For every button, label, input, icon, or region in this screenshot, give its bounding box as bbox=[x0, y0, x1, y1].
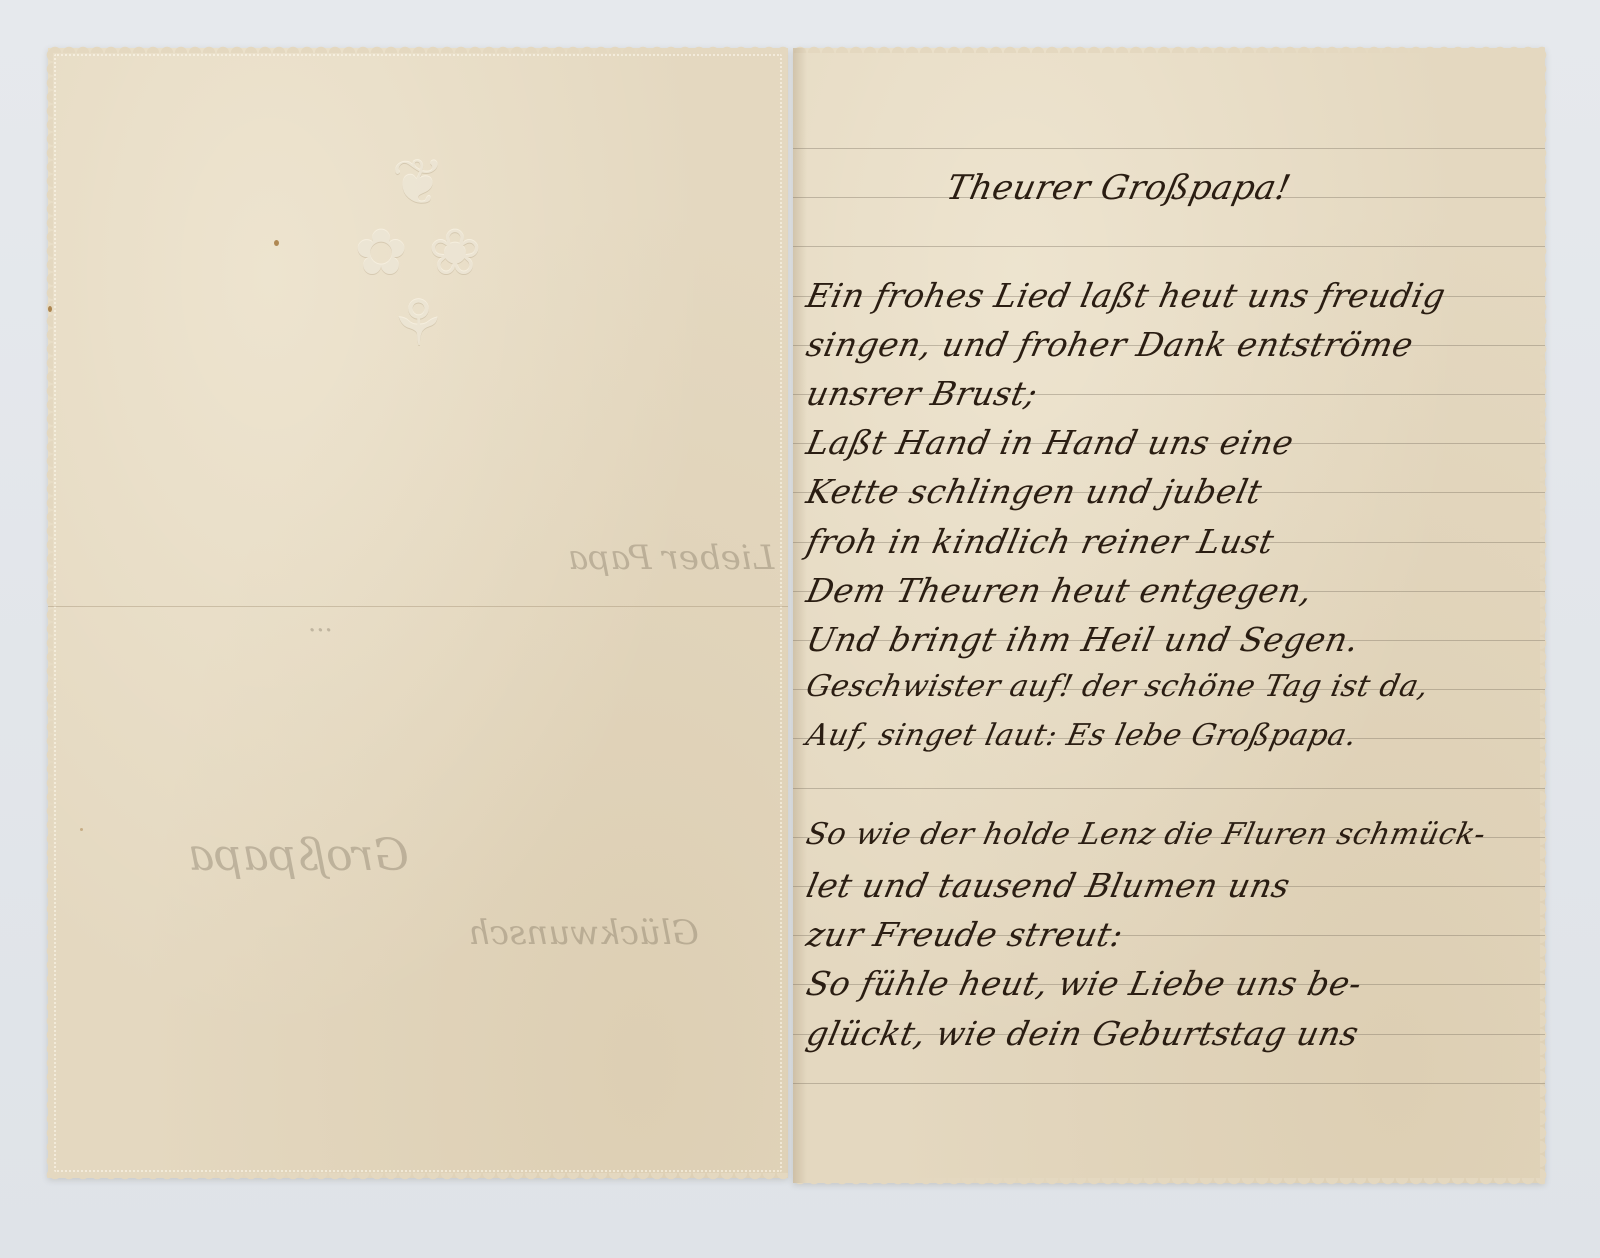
letter-line: Laßt Hand in Hand uns eine bbox=[803, 423, 1297, 462]
gutter-shadow bbox=[793, 48, 807, 1183]
right-page: Theurer Großpapa! Ein frohes Lied laßt h… bbox=[793, 48, 1545, 1183]
fold-crease bbox=[48, 606, 788, 607]
letter-line: Ein frohes Lied laßt heut uns freudig bbox=[803, 276, 1449, 315]
letter-line: Dem Theuren heut entgegen, bbox=[803, 571, 1316, 610]
letter-line: singen, und froher Dank entströme bbox=[803, 325, 1417, 364]
ruled-line bbox=[793, 1083, 1545, 1084]
foxing-spot bbox=[48, 306, 52, 312]
ruled-line bbox=[793, 788, 1545, 789]
letter-line: So wie der holde Lenz die Fluren schmück… bbox=[803, 817, 1489, 852]
ruled-line bbox=[793, 246, 1545, 247]
foxing-spot bbox=[274, 240, 279, 246]
letter-line: zur Freude streut: bbox=[803, 915, 1127, 954]
letter-line: unsrer Brust; bbox=[803, 374, 1041, 413]
letter-line: let und tausend Blumen uns bbox=[803, 866, 1294, 905]
show-through-text: Großpapa bbox=[188, 830, 409, 881]
letter-line: Geschwister auf! der schöne Tag ist da, bbox=[803, 669, 1432, 704]
salutation: Theurer Großpapa! bbox=[943, 168, 1294, 208]
letter-line: froh in kindlich reiner Lust bbox=[803, 522, 1278, 561]
letter-line: Und bringt ihm Heil und Segen. bbox=[803, 620, 1363, 659]
foxing-spot bbox=[80, 828, 83, 831]
show-through-text: Lieber Papa bbox=[568, 538, 774, 578]
embossed-ornament-icon: ❦✿ ❀⚘ bbox=[268, 148, 568, 468]
ruled-line bbox=[793, 148, 1545, 149]
letter-line: Kette schlingen und jubelt bbox=[803, 472, 1266, 511]
show-through-text: ... bbox=[308, 608, 333, 638]
letter-line: So fühle heut, wie Liebe uns be- bbox=[803, 964, 1366, 1003]
letter-line: Auf, singet laut: Es lebe Großpapa. bbox=[803, 718, 1360, 753]
letter-line: glückt, wie dein Geburtstag uns bbox=[803, 1014, 1362, 1053]
left-page: ❦✿ ❀⚘ Lieber Papa ... Großpapa Glückwuns… bbox=[48, 48, 788, 1178]
